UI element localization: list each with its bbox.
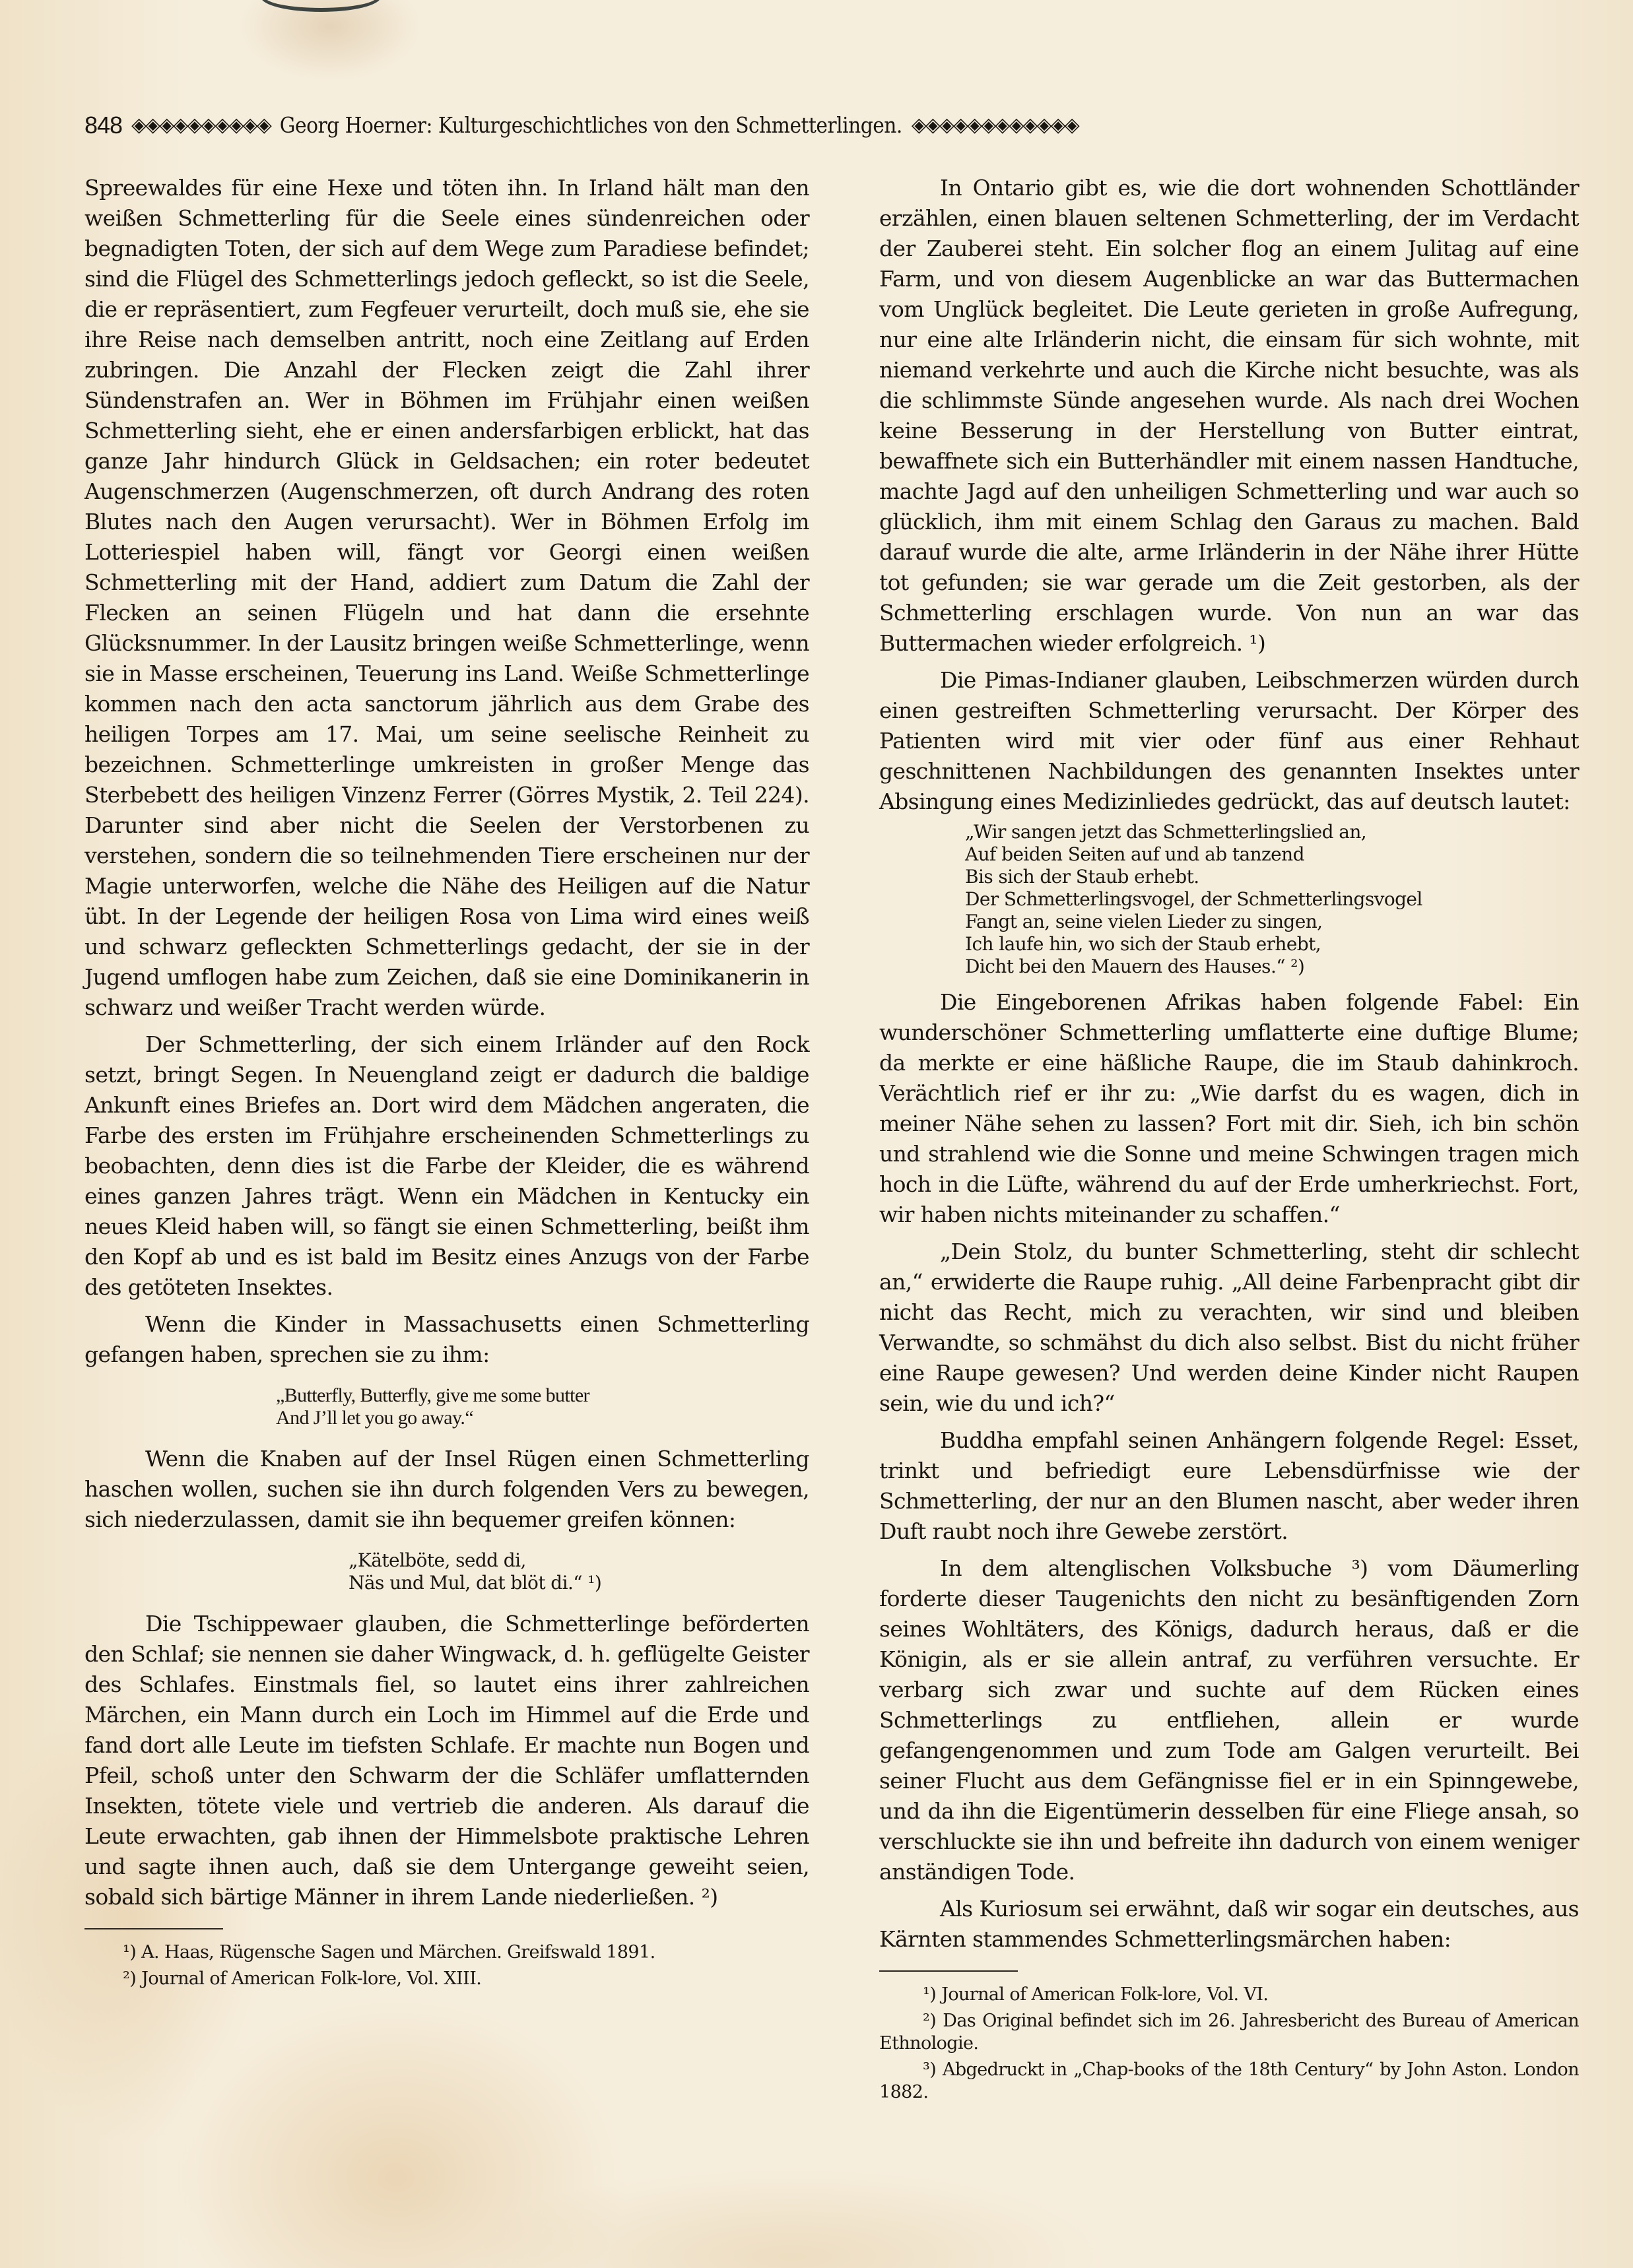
paragraph-irland: Spreewaldes für eine Hexe und töten ihn.… — [84, 173, 809, 1023]
paragraph-kuriosum: Als Kuriosum sei erwähnt, daß wir sogar … — [879, 1894, 1579, 1955]
footnote: ¹) Journal of American Folk-lore, Vol. V… — [879, 1984, 1579, 2006]
paragraph-ontario: In Ontario gibt es, wie die dort wohnend… — [879, 173, 1579, 659]
footnote: ²) Journal of American Folk-lore, Vol. X… — [84, 1968, 809, 1990]
verse-line: Dicht bei den Mauern des Hauses.“ ²) — [965, 956, 1579, 978]
paragraph-tschippewaer: Die Tschippewaer glauben, die Schmetterl… — [84, 1609, 809, 1912]
verse-medicine-song: „Wir sangen jetzt das Schmetterlingslied… — [879, 821, 1579, 978]
verse-line: „Wir sangen jetzt das Schmetterlingslied… — [965, 821, 1579, 843]
verse-line: Bis sich der Staub erhebt. — [965, 866, 1579, 888]
paragraph-buddha: Buddha empfahl seinen Anhängern folgende… — [879, 1425, 1579, 1547]
paragraph-ruegen: Wenn die Knaben auf der Insel Rügen eine… — [84, 1444, 809, 1535]
running-title: Georg Hoerner: Kulturgeschichtliches von… — [280, 111, 902, 140]
verse-line: Auf beiden Seiten auf und ab tanzend — [965, 843, 1579, 866]
verse-line: And J’ll let you go away.“ — [276, 1407, 809, 1429]
verse-low-german: „Kätelböte, sedd di, Näs und Mul, dat bl… — [84, 1549, 809, 1594]
ornament-left-icon: ◈◈◈◈◈◈◈◈◈◈ — [131, 111, 271, 140]
verse-line: Fangt an, seine vielen Lieder zu singen, — [965, 911, 1579, 933]
paragraph-daeumerling: In dem altenglischen Volksbuche ³) vom D… — [879, 1553, 1579, 1887]
footnotes-right: ¹) Journal of American Folk-lore, Vol. V… — [879, 1984, 1579, 2104]
paragraph-afrika: Die Eingeborenen Afrikas haben folgende … — [879, 987, 1579, 1230]
paragraph-massachusetts: Wenn die Kinder in Massachusetts einen S… — [84, 1309, 809, 1370]
verse-line: Näs und Mul, dat blöt di.“ ¹) — [349, 1572, 809, 1594]
verse-line: Der Schmetterlingsvogel, der Schmetterli… — [965, 888, 1579, 911]
footnote: ²) Das Original befindet sich im 26. Jah… — [879, 2010, 1579, 2055]
ornament-right-icon: ◈◈◈◈◈◈◈◈◈◈◈◈ — [912, 111, 1079, 140]
footnote: ³) Abgedruckt in „Chap-books of the 18th… — [879, 2059, 1579, 2104]
left-column: Spreewaldes für eine Hexe und töten ihn.… — [84, 173, 809, 1994]
page-number: 848 — [84, 111, 122, 140]
binding-hole-mark — [261, 0, 381, 12]
paragraph-pimas: Die Pimas-Indianer glauben, Leibschmerze… — [879, 665, 1579, 817]
footnote-divider — [879, 1970, 1018, 1972]
footnotes-left: ¹) A. Haas, Rügensche Sagen und Märchen.… — [84, 1941, 809, 1990]
paragraph-raupe: „Dein Stolz, du bunter Schmetterling, st… — [879, 1237, 1579, 1419]
footnote-divider — [84, 1928, 223, 1929]
verse-line: Ich laufe hin, wo sich der Staub erhebt, — [965, 933, 1579, 956]
verse-line: „Kätelböte, sedd di, — [349, 1549, 809, 1572]
verse-english: „Butterfly, Butterfly, give me some butt… — [84, 1384, 809, 1429]
running-header: 848 ◈◈◈◈◈◈◈◈◈◈ Georg Hoerner: Kulturgesc… — [84, 111, 1563, 140]
right-column: In Ontario gibt es, wie die dort wohnend… — [879, 173, 1579, 2108]
footnote: ¹) A. Haas, Rügensche Sagen und Märchen.… — [84, 1941, 809, 1964]
verse-line: „Butterfly, Butterfly, give me some butt… — [276, 1384, 809, 1407]
paragraph-irlaender: Der Schmetterling, der sich einem Irländ… — [84, 1029, 809, 1303]
